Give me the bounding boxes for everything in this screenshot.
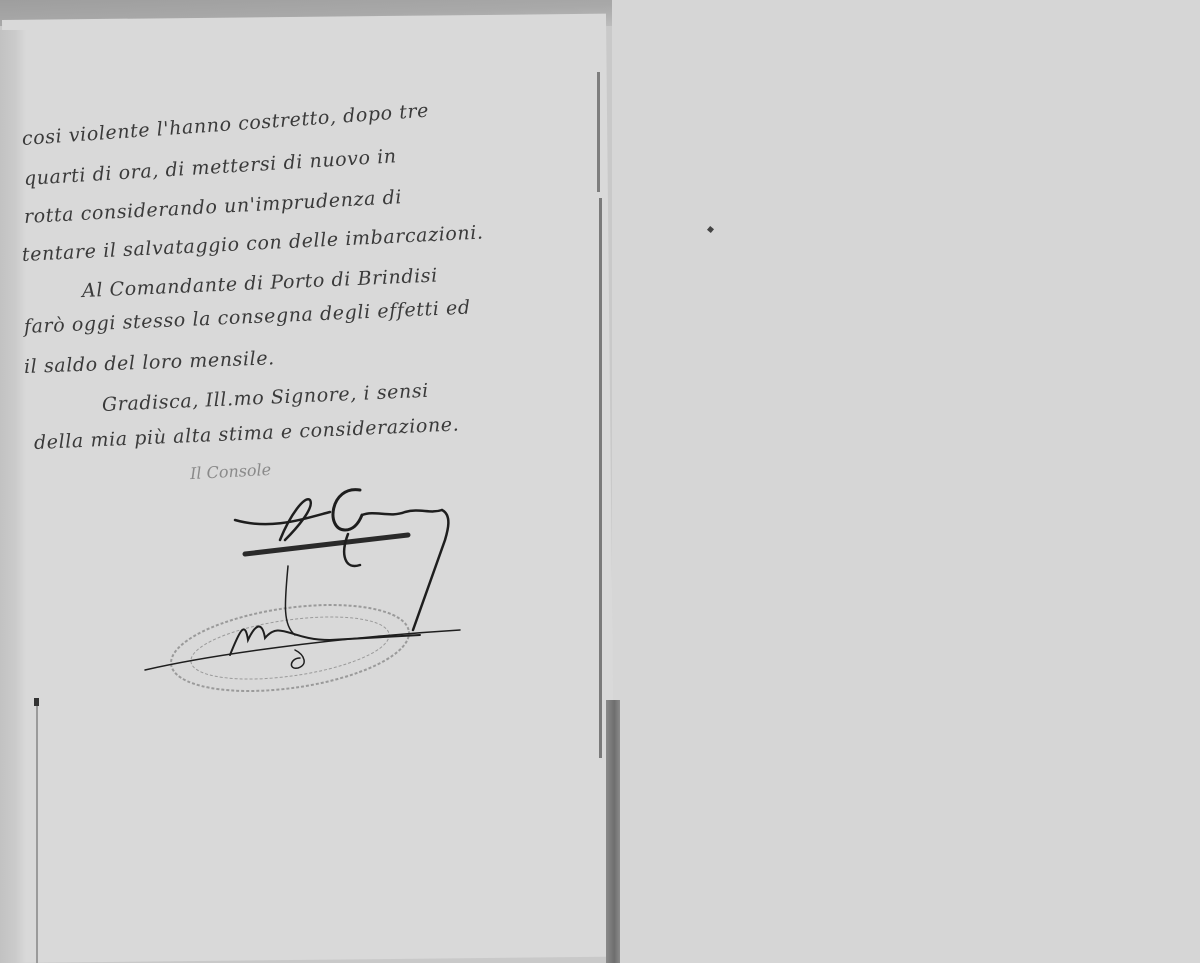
official-stamp <box>166 592 415 705</box>
margin-mark <box>34 698 39 706</box>
right-page-blank <box>612 0 1200 963</box>
margin-rule <box>36 700 38 963</box>
binding-gutter-upper <box>597 72 600 192</box>
binding-gutter-middle <box>599 198 602 758</box>
signature-and-stamp <box>130 470 510 710</box>
binding-gutter-lower <box>606 700 620 963</box>
page-edge-shadow <box>0 30 26 963</box>
consul-signature <box>235 490 448 630</box>
